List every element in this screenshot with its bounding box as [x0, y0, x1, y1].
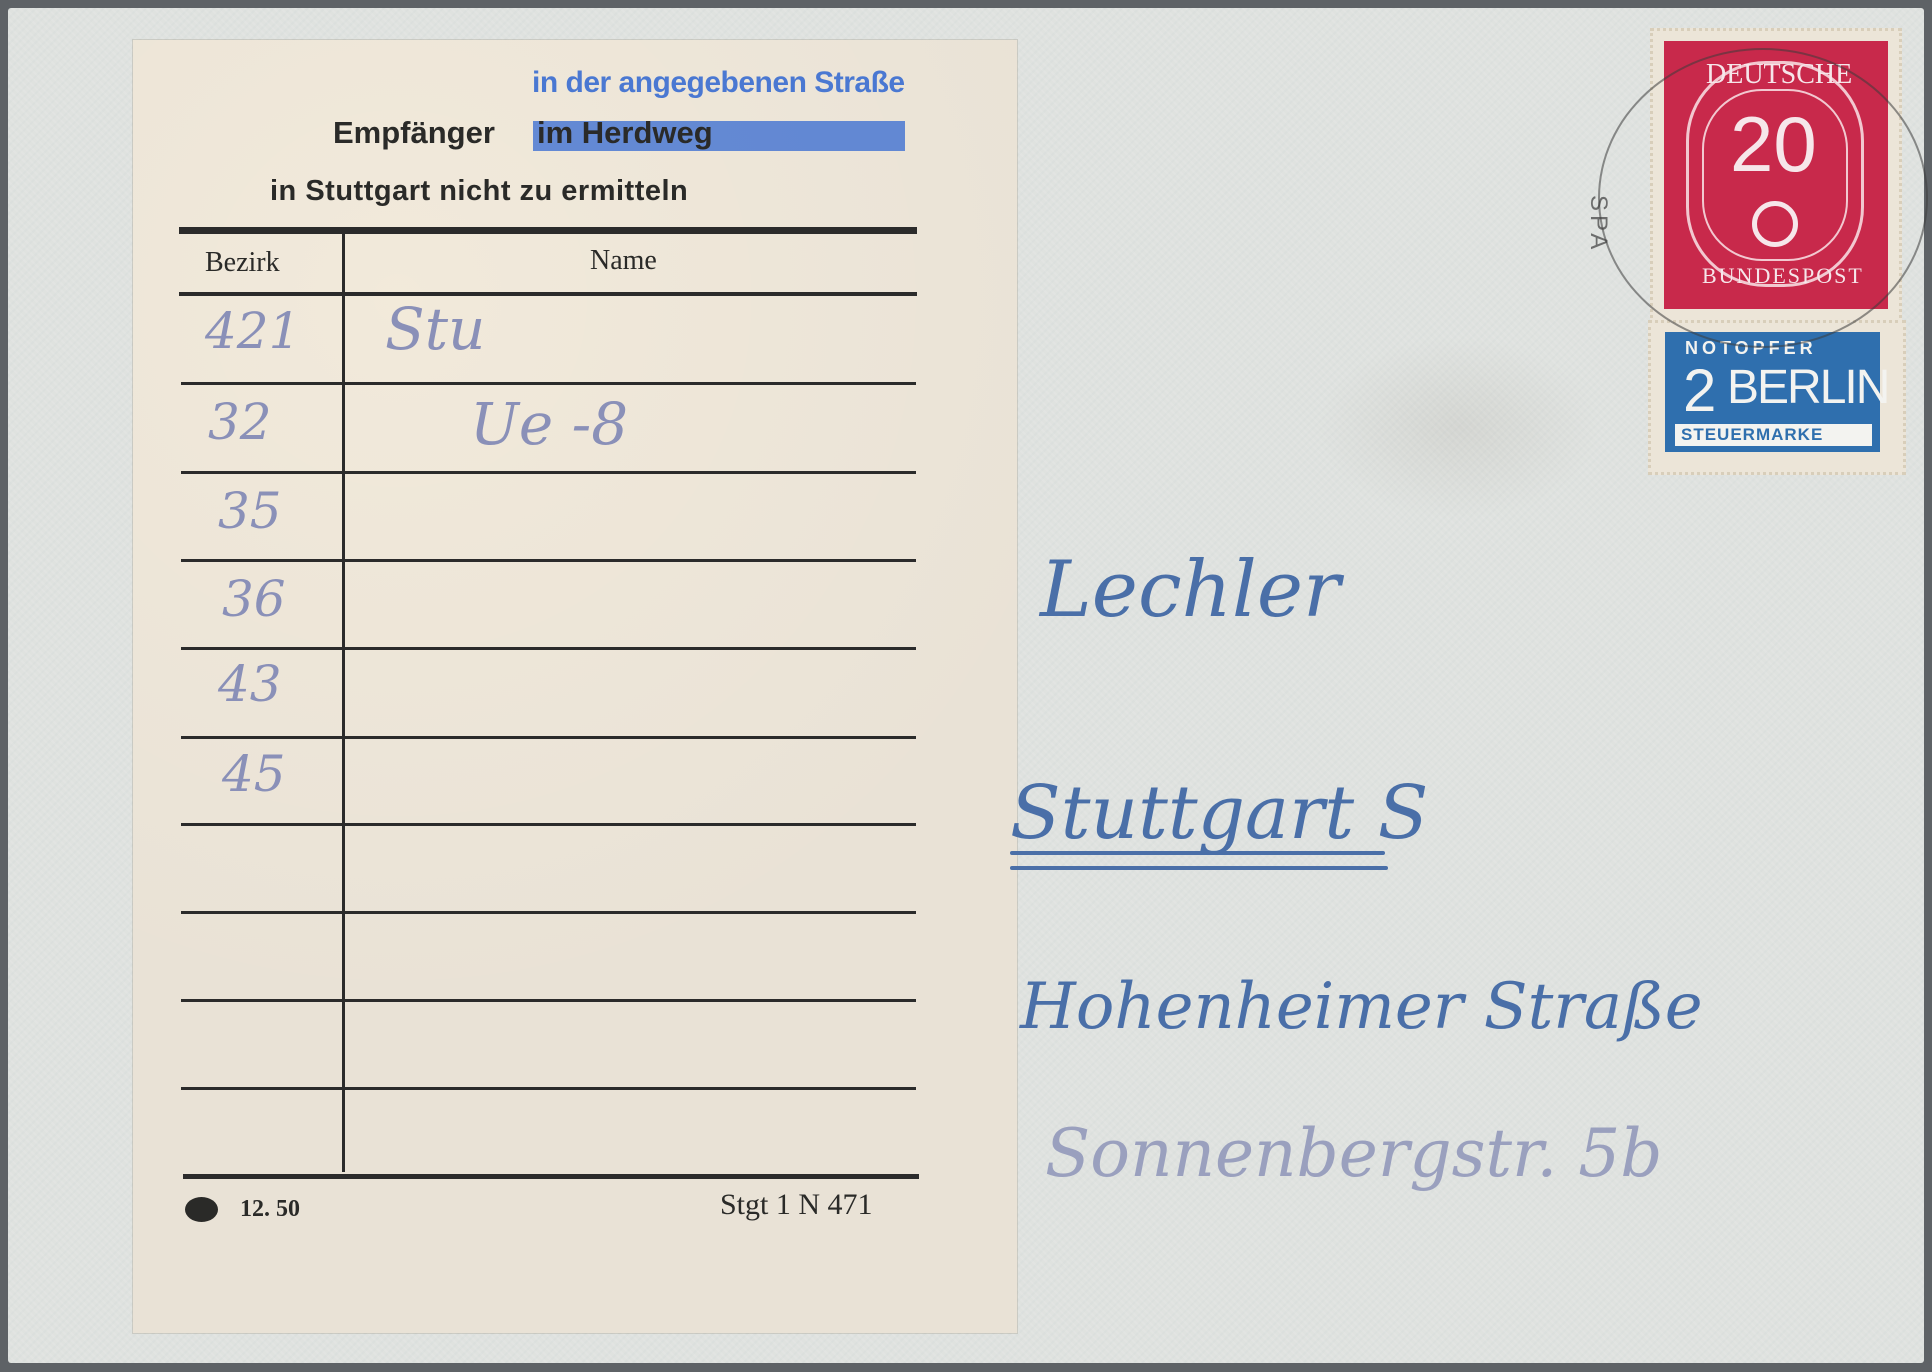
postmark-text: SPA — [1584, 195, 1612, 253]
stamp-steuermarke-label: STEUERMARKE — [1681, 425, 1823, 445]
row-rule — [181, 1087, 916, 1090]
stamp-notopfer-value: 2 — [1683, 356, 1716, 425]
address-recipient: Lechler — [1040, 545, 1340, 635]
bezirk-cell: 43 — [218, 655, 282, 713]
postmark-cancellation — [1598, 48, 1928, 348]
form-code: Stgt 1 N 471 — [720, 1188, 873, 1222]
column-header-bezirk: Bezirk — [205, 247, 280, 279]
row-rule — [181, 382, 916, 385]
form-date: 12. 50 — [240, 1196, 300, 1223]
row-rule — [181, 736, 916, 739]
stamp-berlin-word: BERLIN — [1727, 360, 1888, 415]
bezirk-cell: 35 — [218, 482, 282, 540]
printer-mark-icon — [185, 1197, 218, 1222]
name-cell: Stu — [385, 295, 485, 363]
row-rule — [181, 559, 916, 562]
address-forwarding-pencil: Sonnenbergstr. 5b — [1045, 1115, 1663, 1192]
bezirk-cell: 421 — [205, 302, 300, 360]
city-underline — [1010, 851, 1385, 855]
table-bottom-rule — [183, 1174, 919, 1179]
bezirk-cell: 45 — [222, 745, 286, 803]
name-cell: Ue -8 — [470, 390, 628, 458]
row-rule — [181, 911, 916, 914]
stamp-notopfer-berlin: NOTOPFER 2 BERLIN STEUERMARKE — [1665, 332, 1880, 452]
header-rule — [179, 292, 917, 296]
form-title-prefix: Empfänger — [333, 115, 495, 151]
column-divider — [342, 232, 345, 1172]
bezirk-cell: 32 — [208, 393, 272, 451]
row-rule — [181, 471, 916, 474]
bezirk-cell: 36 — [222, 570, 286, 628]
address-city: Stuttgart S — [1010, 770, 1428, 856]
form-title-line2: in Stuttgart nicht zu ermitteln — [270, 175, 688, 208]
column-header-name: Name — [590, 245, 657, 277]
row-rule — [181, 999, 916, 1002]
row-rule — [181, 823, 916, 826]
table-top-rule — [179, 227, 917, 234]
row-rule — [181, 647, 916, 650]
overprint-stamp-text: in der angegebenen Straße — [532, 66, 905, 100]
address-street: Hohenheimer Straße — [1020, 970, 1703, 1044]
form-title-struck-street: im Herdweg — [537, 115, 713, 151]
city-underline — [1010, 866, 1388, 870]
